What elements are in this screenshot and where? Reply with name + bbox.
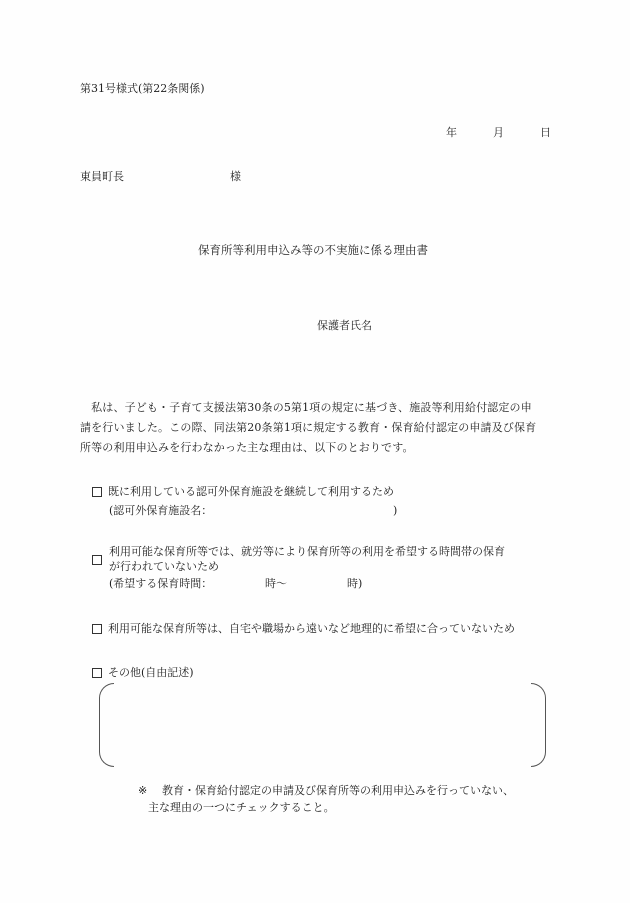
option-1-checkbox[interactable] [92, 487, 102, 497]
free-text-right-bracket [531, 683, 546, 767]
option-other: その他(自由記述) [92, 667, 194, 678]
note-mark: ※ [138, 785, 147, 796]
option-2-label-line-1: 利用可能な保育所等では、就労等により保育所等の利用を希望する時間帯の保育 [109, 546, 505, 557]
guardian-name-label: 保護者氏名 [317, 320, 372, 331]
option-3-label: 利用可能な保育所等は、自宅や職場から遠いなど地理的に希望に合っていないため [108, 622, 515, 635]
option-2-to-hour-suffix: 時) [347, 578, 362, 589]
body-line-3: 所等の利用申込みを行わなかった主な理由は、以下のとおりです。 [80, 438, 555, 458]
body-paragraph: 私は、子ども・子育て支援法第30条の5第1項の規定に基づき、施設等利用給付認定の… [80, 398, 555, 458]
option-1-label: 既に利用している認可外保育施設を継続して利用するため [108, 485, 394, 498]
form-number: 第31号様式(第22条関係) [80, 83, 205, 94]
free-text-field[interactable] [116, 688, 528, 762]
option-2-checkbox-wrap [92, 554, 102, 565]
date-day-label: 日 [540, 127, 551, 138]
option-2-from-hour-suffix: 時〜 [265, 578, 287, 589]
option-4-label: その他(自由記述) [108, 666, 194, 679]
date-month-label: 月 [493, 127, 504, 138]
option-1-facility-name-label: (認可外保育施設名： [109, 505, 212, 516]
body-line-2: 請を行いました。この際、同法第20条第1項に規定する教育・保育給付認定の申請及び… [80, 418, 555, 438]
body-line-1-text: 私は、子ども・子育て支援法第30条の5第1項の規定に基づき、施設等利用給付認定の… [91, 401, 532, 414]
option-1-close-paren: ) [393, 505, 397, 516]
free-text-left-bracket [99, 683, 114, 767]
note-line-1: 教育・保育給付認定の申請及び保育所等の利用申込みを行っていない、 [162, 785, 514, 796]
option-geographic: 利用可能な保育所等は、自宅や職場から遠いなど地理的に希望に合っていないため [92, 623, 515, 634]
option-2-checkbox[interactable] [92, 555, 102, 565]
option-3-checkbox[interactable] [92, 624, 102, 634]
option-4-checkbox[interactable] [92, 668, 102, 678]
body-line-1: 私は、子ども・子育て支援法第30条の5第1項の規定に基づき、施設等利用給付認定の… [80, 398, 555, 418]
option-continue-unlicensed: 既に利用している認可外保育施設を継続して利用するため [92, 486, 394, 497]
option-2-label-line-2: が行われていないため [109, 561, 219, 572]
note-line-2: 主な理由の一つにチェックすること。 [148, 802, 335, 813]
date-year-label: 年 [446, 127, 457, 138]
addressee: 東員町長 [80, 171, 124, 182]
option-2-desired-hours-label: (希望する保育時間： [109, 578, 212, 589]
document-title: 保育所等利用申込み等の不実施に係る理由書 [198, 245, 428, 257]
honorific: 様 [230, 171, 241, 182]
